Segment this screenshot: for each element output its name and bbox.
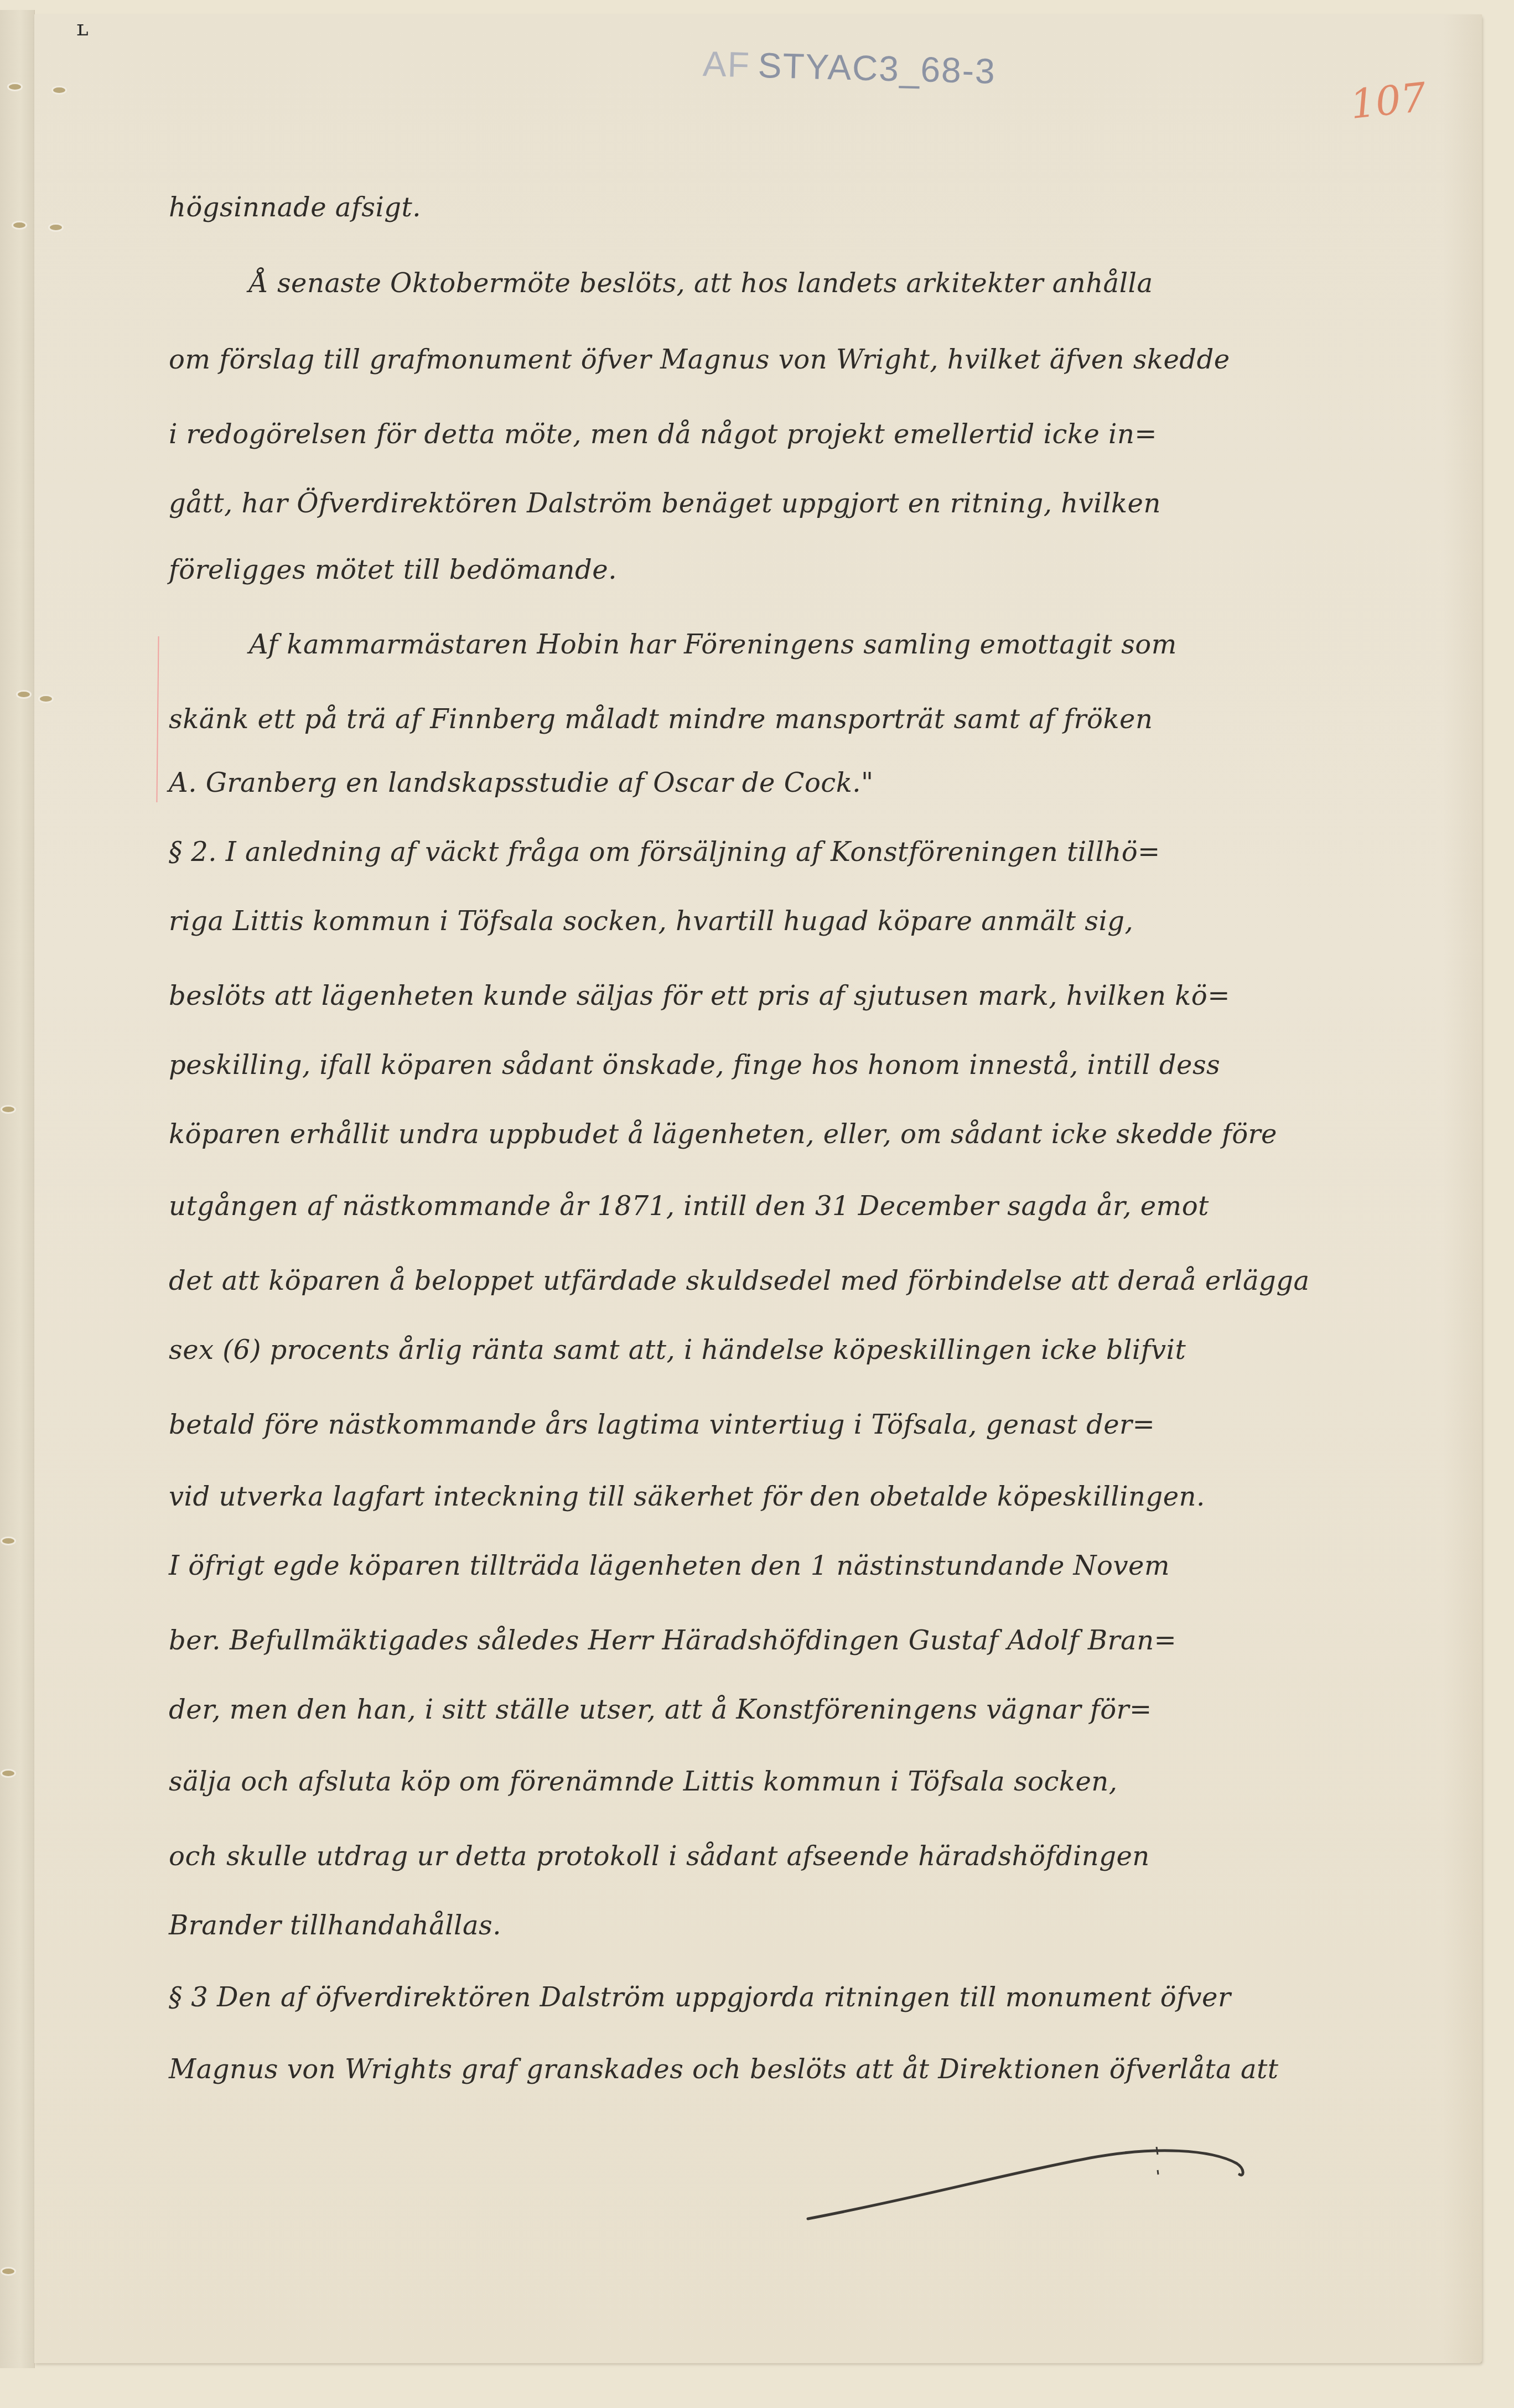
manuscript-line: riga Littis kommun i Töfsala socken, hva…: [169, 905, 1486, 938]
folio-number: 107: [1348, 74, 1428, 128]
manuscript-line: ber. Befullmäktigades således Herr Härad…: [169, 1624, 1486, 1657]
manuscript-line: betald före nästkommande års lagtima vin…: [169, 1408, 1486, 1441]
binding-hole-icon: [2, 2269, 14, 2274]
manuscript-line: Magnus von Wrights graf granskades och b…: [169, 2053, 1486, 2086]
binding-hole-icon: [2, 1107, 14, 1112]
binding-hole-icon: [9, 84, 21, 90]
manuscript-line: gått, har Öfverdirektören Dalström benäg…: [169, 487, 1486, 520]
manuscript-line: Af kammarmästaren Hobin har Föreningens …: [249, 628, 1514, 661]
manuscript-line: i redogörelsen för detta möte, men då nå…: [169, 418, 1486, 451]
archive-reference-stamp: AFSTYAC3_68-3: [702, 43, 996, 92]
manuscript-line: beslöts att lägenheten kunde säljas för …: [169, 979, 1486, 1013]
archive-code: STYAC3_68-3: [758, 45, 997, 91]
manuscript-line: peskilling, ifall köparen sådant önskade…: [169, 1049, 1486, 1082]
manuscript-line: I öfrigt egde köparen tillträda lägenhet…: [169, 1549, 1486, 1582]
manuscript-line: Å senaste Oktobermöte beslöts, att hos l…: [249, 267, 1514, 300]
manuscript-line: A. Granberg en landskapsstudie af Oscar …: [169, 766, 1486, 800]
manuscript-line: det att köparen å beloppet utfärdade sku…: [169, 1264, 1486, 1298]
manuscript-line: och skulle utdrag ur detta protokoll i s…: [169, 1840, 1486, 1873]
archive-prefix: AF: [702, 44, 751, 85]
manuscript-line: der, men den han, i sitt ställe utser, a…: [169, 1693, 1486, 1726]
manuscript-line: sex (6) procents årlig ränta samt att, i…: [169, 1333, 1486, 1367]
manuscript-line: vid utverka lagfart inteckning till säke…: [169, 1480, 1486, 1513]
binding-hole-icon: [13, 222, 25, 228]
manuscript-line: skänk ett på trä af Finnberg måladt mind…: [169, 703, 1486, 736]
binding-hole-icon: [40, 696, 52, 702]
manuscript-line: § 2. I anledning af väckt fråga om försä…: [169, 835, 1486, 869]
binding-hole-icon: [2, 1538, 14, 1544]
manuscript-line: Brander tillhandahållas.: [169, 1909, 1486, 1942]
pen-flourish-icon: [802, 2147, 1300, 2224]
binding-strip: [0, 10, 35, 2368]
manuscript-line: § 3 Den af öfverdirektören Dalström uppg…: [169, 1981, 1486, 2014]
manuscript-line: sälja och afsluta köp om förenämnde Litt…: [169, 1765, 1486, 1798]
binding-hole-icon: [18, 692, 30, 697]
document-scan: ʟ AFSTYAC3_68-3 107 högsinnade afsigt. Å…: [0, 0, 1514, 2408]
manuscript-line: om förslag till grafmonument öfver Magnu…: [169, 343, 1486, 376]
corner-pen-mark: ʟ: [76, 15, 89, 41]
manuscript-line: köparen erhållit undra uppbudet å lägenh…: [169, 1118, 1486, 1151]
binding-hole-icon: [53, 87, 65, 93]
manuscript-line: utgången af nästkommande år 1871, intill…: [169, 1190, 1486, 1223]
manuscript-line: föreligges mötet till bedömande.: [169, 553, 1486, 587]
binding-hole-icon: [2, 1771, 14, 1776]
manuscript-line: högsinnade afsigt.: [169, 191, 1486, 224]
binding-hole-icon: [50, 225, 62, 230]
